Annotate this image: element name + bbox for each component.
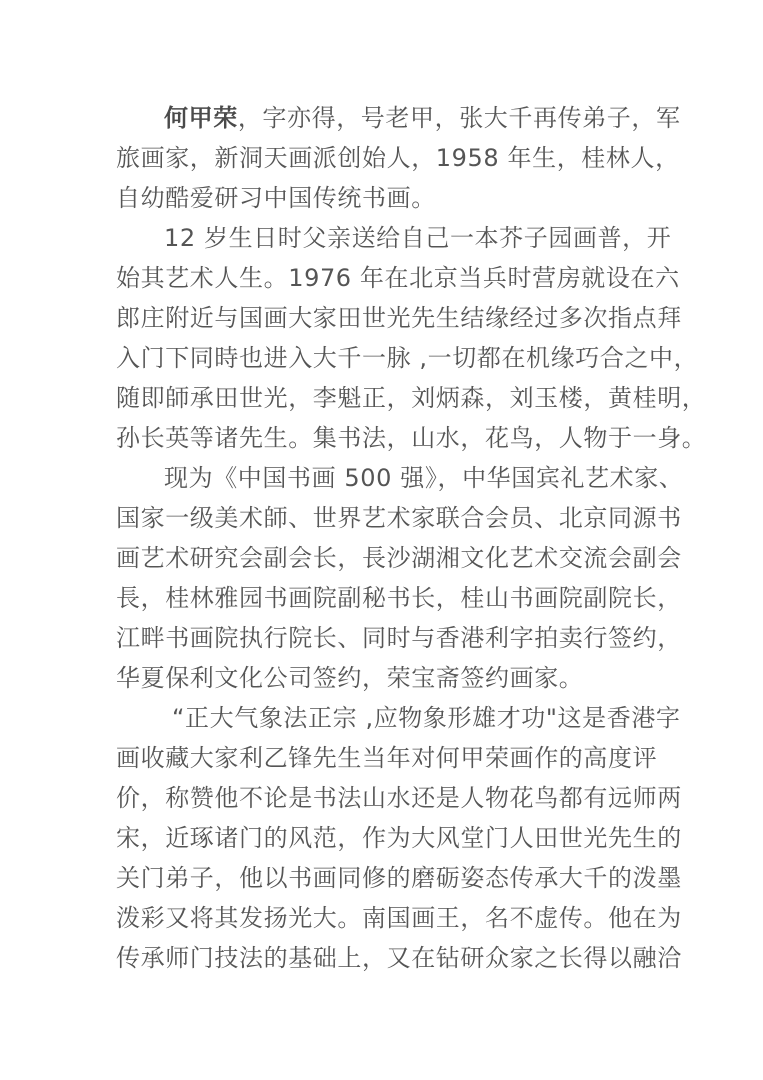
text-line: 国家一级美术師、世界艺术家联合会员、北京同源书 [116,498,652,538]
text-line: 入门下同時也进入大千一脉 ,一切都在机缘巧合之中， [116,338,652,378]
text-line: 郎庄附近与国画大家田世光先生结缘经过多次指点拜 [116,298,652,338]
text-line: 孙长英等诸先生。集书法，山水，花鸟，人物于一身。 [116,418,652,458]
artist-name: 何甲荣 [164,104,238,132]
text-line: 价，称赞他不论是书法山水还是人物花鸟都有远师两 [116,778,652,818]
text-line: 传承师门技法的基础上，又在钻研众家之长得以融洽 [116,938,652,978]
text-line: 现为《中国书画 500 强》，中华国宾礼艺术家、 [116,458,652,498]
paragraph-titles: 现为《中国书画 500 强》，中华国宾礼艺术家、 国家一级美术師、世界艺术家联合… [116,458,652,698]
text-line: 画艺术研究会副会长，長沙湖湘文化艺术交流会副会 [116,538,652,578]
paragraph-early-life: 12 岁生日时父亲送给自己一本芥子园画普，开 始其艺术人生。1976 年在北京当… [116,218,652,458]
text-line: 自幼酷爱研习中国传统书画。 [116,178,652,218]
text-line: 江畔书画院执行院长、同时与香港利字拍卖行签约， [116,618,652,658]
text-line: 泼彩又将其发扬光大。南国画王，名不虚传。他在为 [116,898,652,938]
text-line: 長，桂林雅园书画院副秘书长，桂山书画院副院长， [116,578,652,618]
text-line: 何甲荣，字亦得，号老甲，张大千再传弟子，军 [116,98,652,138]
paragraph-evaluation: “正大气象法正宗 ,应物象形雄才功"这是香港字 画收藏大家利乙锋先生当年对何甲荣… [116,698,652,978]
text-line: 华夏保利文化公司签约，荣宝斋签约画家。 [116,658,652,698]
text-line: 宋，近琢诸门的风范，作为大风堂门人田世光先生的 [116,818,652,858]
text-line: 始其艺术人生。1976 年在北京当兵时营房就设在六 [116,258,652,298]
text-line: “正大气象法正宗 ,应物象形雄才功"这是香港字 [116,698,652,738]
text-line: 画收藏大家利乙锋先生当年对何甲荣画作的高度评 [116,738,652,778]
text-line: 关门弟子，他以书画同修的磨砺姿态传承大千的泼墨 [116,858,652,898]
text-line: 12 岁生日时父亲送给自己一本芥子园画普，开 [116,218,652,258]
text-line: 随即師承田世光，李魁正，刘炳森，刘玉楼，黄桂明， [116,378,652,418]
text-line: 旅画家，新洞天画派创始人，1958 年生，桂林人， [116,138,652,178]
paragraph-intro: 何甲荣，字亦得，号老甲，张大千再传弟子，军 旅画家，新洞天画派创始人，1958 … [116,98,652,218]
document-body: 何甲荣，字亦得，号老甲，张大千再传弟子，军 旅画家，新洞天画派创始人，1958 … [116,98,652,978]
